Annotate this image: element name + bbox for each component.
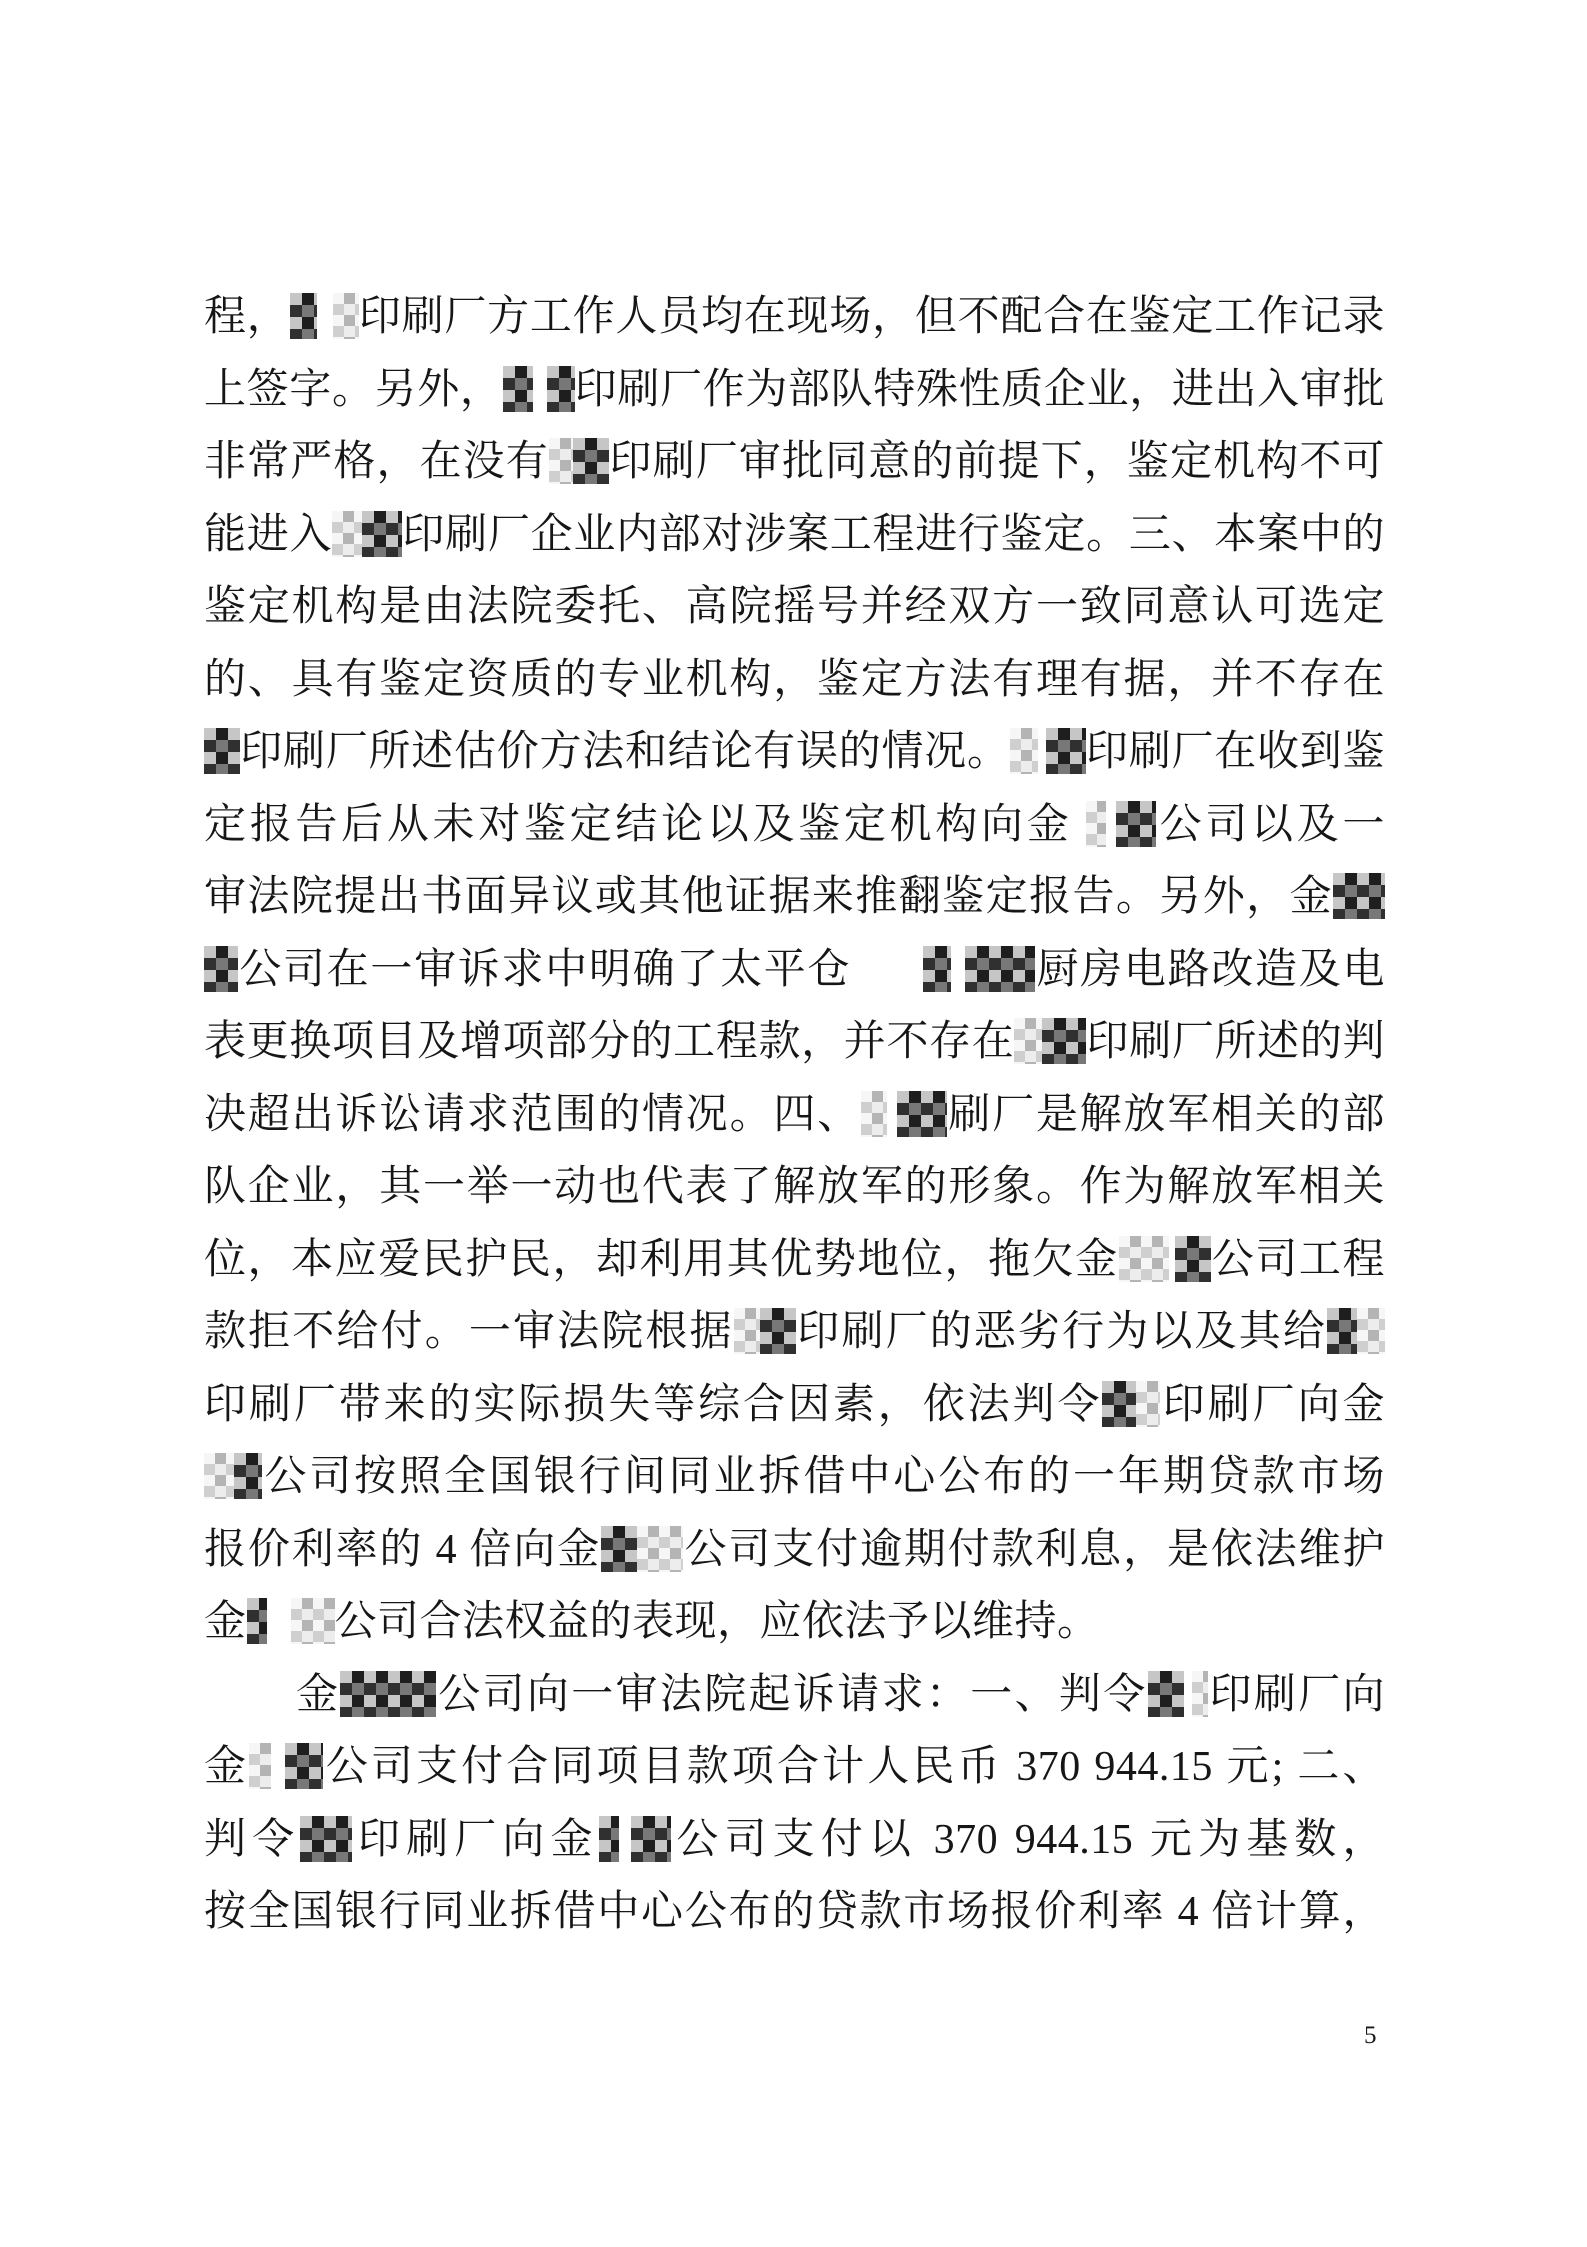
text-line: 上签字。另外，印刷厂作为部队特殊性质企业，进出入审批 <box>204 354 1385 427</box>
text-segment: 公司向一审法院起诉请求：一、判令 <box>436 1672 1147 1718</box>
text-line: 队企业，其一举一动也代表了解放军的形象。作为解放军相关单 <box>204 1151 1385 1224</box>
spacer <box>1072 836 1086 838</box>
text-segment: 定报告后从未对鉴定结论以及鉴定机构向金 <box>204 802 1072 848</box>
text-line: 审法院提出书面异议或其他证据来推翻鉴定报告。另外，金 <box>204 861 1385 934</box>
redaction-block <box>1102 1381 1136 1427</box>
text-segment: 印刷厂向金 <box>1160 1382 1385 1428</box>
spacer <box>1038 763 1046 765</box>
redaction-block <box>631 1816 671 1862</box>
spacer <box>851 981 923 983</box>
text-line: 能进入印刷厂企业内部对涉案工程进行鉴定。三、本案中的 <box>204 499 1385 572</box>
text-segment: 报价利率的 4 倍向金 <box>204 1527 601 1573</box>
text-segment: 公司支付以 370 944.15 元为基数， <box>671 1817 1385 1863</box>
text-line: 定报告后从未对鉴定结论以及鉴定机构向金公司以及一 <box>204 789 1385 862</box>
redaction-block <box>1086 801 1106 847</box>
text-line: 表更换项目及增项部分的工程款，并不存在印刷厂所述的判 <box>204 1006 1385 1079</box>
text-segment: 的、具有鉴定资质的专业机构，鉴定方法有理有据，并不存在 <box>204 657 1385 703</box>
spacer <box>1106 836 1116 838</box>
redaction-block <box>897 1091 947 1137</box>
redaction-block <box>965 946 1035 992</box>
text-line: 程，印刷厂方工作人员均在现场，但不配合在鉴定工作记录 <box>204 281 1385 354</box>
text-segment: 按全国银行同业拆借中心公布的贷款市场报价利率 4 倍计算，自 <box>204 1889 1385 1949</box>
redaction-block <box>290 293 317 339</box>
redaction-block <box>760 1308 796 1354</box>
spacer <box>951 981 965 983</box>
judgment-text-block: 程，印刷厂方工作人员均在现场，但不配合在鉴定工作记录上签字。另外，印刷厂作为部队… <box>204 281 1385 1949</box>
text-line: 的、具有鉴定资质的专业机构，鉴定方法有理有据，并不存在 <box>204 644 1385 717</box>
redaction-block <box>285 1743 323 1789</box>
redaction-block <box>1046 728 1086 774</box>
text-segment: 金 <box>204 1744 249 1790</box>
text-segment: 印刷厂审批同意的前提下，鉴定机构不可 <box>609 439 1385 485</box>
spacer <box>271 1778 285 1780</box>
text-segment: 印刷厂所述估价方法和结论有误的情况。 <box>240 729 1010 775</box>
text-line: 公司在一审诉求中明确了太平仓厨房电路改造及电 <box>204 934 1385 1007</box>
text-segment: 印刷厂在收到鉴 <box>1086 729 1385 775</box>
redaction-block <box>1116 801 1156 847</box>
text-segment: 金 <box>204 1599 247 1645</box>
text-segment: 刷厂是解放军相关的部 <box>947 1092 1385 1138</box>
redaction-block <box>204 946 238 992</box>
text-segment: 公司支付逾期付款利息，是依法维护 <box>683 1527 1385 1573</box>
text-segment: 非常严格，在没有 <box>204 439 549 485</box>
text-segment: 决超出诉讼请求范围的情况。四、 <box>204 1092 861 1138</box>
redaction-block <box>601 1526 637 1572</box>
text-segment: 印刷厂方工作人员均在现场，但不配合在鉴定工作记录 <box>359 294 1385 340</box>
redaction-block <box>247 1598 267 1644</box>
text-segment: 程， <box>204 294 290 340</box>
redaction-block <box>1357 1308 1385 1354</box>
text-line: 报价利率的 4 倍向金公司支付逾期付款利息，是依法维护 <box>204 1514 1385 1587</box>
redaction-block <box>549 438 573 484</box>
text-segment: 公司合法权益的表现，应依法予以维持。 <box>335 1599 1100 1645</box>
text-segment: 公司在一审诉求中明确了太平仓 <box>238 947 851 993</box>
spacer <box>533 401 547 403</box>
text-line: 款拒不给付。一审法院根据印刷厂的恶劣行为以及其给 <box>204 1296 1385 1369</box>
text-segment: 印刷厂带来的实际损失等综合因素，依法判令 <box>204 1382 1102 1428</box>
text-segment: 公司支付合同项目款项合计人民币 370 944.15 元; 二、 <box>323 1744 1385 1790</box>
redaction-block <box>923 946 951 992</box>
text-segment: 表更换项目及增项部分的工程款，并不存在 <box>204 1019 1014 1065</box>
redaction-block <box>340 1671 436 1717</box>
redaction-block <box>1119 1236 1169 1282</box>
text-segment: 印刷厂所述的判 <box>1086 1019 1385 1065</box>
redaction-block <box>333 293 359 339</box>
text-segment: 公司按照全国银行间同业拆借中心公布的一年期贷款市场 <box>262 1454 1385 1500</box>
redaction-block <box>1327 1308 1357 1354</box>
document-page: 程，印刷厂方工作人员均在现场，但不配合在鉴定工作记录上签字。另外，印刷厂作为部队… <box>0 0 1587 2247</box>
spacer <box>1184 1706 1192 1708</box>
redaction-block <box>204 1453 234 1499</box>
text-segment: 判令 <box>204 1817 300 1863</box>
redaction-block <box>300 1816 352 1862</box>
redaction-block <box>204 728 240 774</box>
text-segment: 印刷厂向金 <box>352 1817 598 1863</box>
text-segment: 审法院提出书面异议或其他证据来推翻鉴定报告。另外，金 <box>204 874 1333 920</box>
text-segment: 位，本应爱民护民，却利用其优势地位，拖欠金 <box>204 1237 1119 1283</box>
spacer <box>317 328 333 330</box>
redaction-block <box>573 438 609 484</box>
text-segment: 款拒不给付。一审法院根据 <box>204 1309 734 1355</box>
redaction-block <box>291 1598 335 1644</box>
page-number: 5 <box>1364 2022 1377 2050</box>
text-segment: 印刷厂作为部队特殊性质企业，进出入审批 <box>575 367 1385 413</box>
text-segment: 印刷厂向 <box>1208 1672 1385 1718</box>
redaction-block <box>637 1526 683 1572</box>
text-segment: 队企业，其一举一动也代表了解放军的形象。作为解放军相关单 <box>204 1164 1385 1224</box>
redaction-block <box>332 511 362 557</box>
redaction-block <box>503 366 533 412</box>
redaction-block <box>1148 1671 1184 1717</box>
text-line: 金公司合法权益的表现，应依法予以维持。 <box>204 1586 1385 1659</box>
redaction-block <box>1175 1236 1211 1282</box>
text-segment: 鉴定机构是由法院委托、高院摇号并经双方一致同意认可选定 <box>204 584 1385 630</box>
text-segment: 公司工程 <box>1211 1237 1385 1283</box>
text-segment: 上签字。另外， <box>204 367 503 413</box>
redaction-block <box>362 511 402 557</box>
redaction-block <box>1010 728 1038 774</box>
redaction-block <box>249 1743 271 1789</box>
text-line: 决超出诉讼请求范围的情况。四、刷厂是解放军相关的部 <box>204 1079 1385 1152</box>
text-segment: 公司以及一 <box>1156 802 1385 848</box>
redaction-block <box>861 1091 887 1137</box>
text-line: 公司按照全国银行间同业拆借中心公布的一年期贷款市场 <box>204 1441 1385 1514</box>
redaction-block <box>1333 873 1385 919</box>
spacer <box>619 1851 631 1853</box>
redaction-block <box>1136 1381 1160 1427</box>
redaction-block <box>547 366 575 412</box>
text-segment: 印刷厂的恶劣行为以及其给 <box>796 1309 1327 1355</box>
text-segment: 能进入 <box>204 512 332 558</box>
text-line: 判令印刷厂向金公司支付以 370 944.15 元为基数， <box>204 1804 1385 1877</box>
text-line: 印刷厂所述估价方法和结论有误的情况。印刷厂在收到鉴 <box>204 716 1385 789</box>
text-line: 位，本应爱民护民，却利用其优势地位，拖欠金公司工程 <box>204 1224 1385 1297</box>
redaction-block <box>234 1453 262 1499</box>
spacer <box>887 1126 897 1128</box>
spacer <box>267 1633 291 1635</box>
text-segment: 厨房电路改造及电 <box>1035 947 1385 993</box>
redaction-block <box>1042 1018 1086 1064</box>
text-line: 按全国银行同业拆借中心公布的贷款市场报价利率 4 倍计算，自 <box>204 1876 1385 1949</box>
redaction-block <box>1192 1671 1208 1717</box>
text-line: 非常严格，在没有印刷厂审批同意的前提下，鉴定机构不可 <box>204 426 1385 499</box>
text-line: 金公司向一审法院起诉请求：一、判令印刷厂向 <box>204 1659 1385 1732</box>
text-segment: 金 <box>296 1672 340 1718</box>
redaction-block <box>599 1816 619 1862</box>
redaction-block <box>1014 1018 1042 1064</box>
text-line: 金公司支付合同项目款项合计人民币 370 944.15 元; 二、 <box>204 1731 1385 1804</box>
text-line: 印刷厂带来的实际损失等综合因素，依法判令印刷厂向金 <box>204 1369 1385 1442</box>
text-segment: 印刷厂企业内部对涉案工程进行鉴定。三、本案中的 <box>402 512 1385 558</box>
redaction-block <box>734 1308 760 1354</box>
text-line: 鉴定机构是由法院委托、高院摇号并经双方一致同意认可选定 <box>204 571 1385 644</box>
